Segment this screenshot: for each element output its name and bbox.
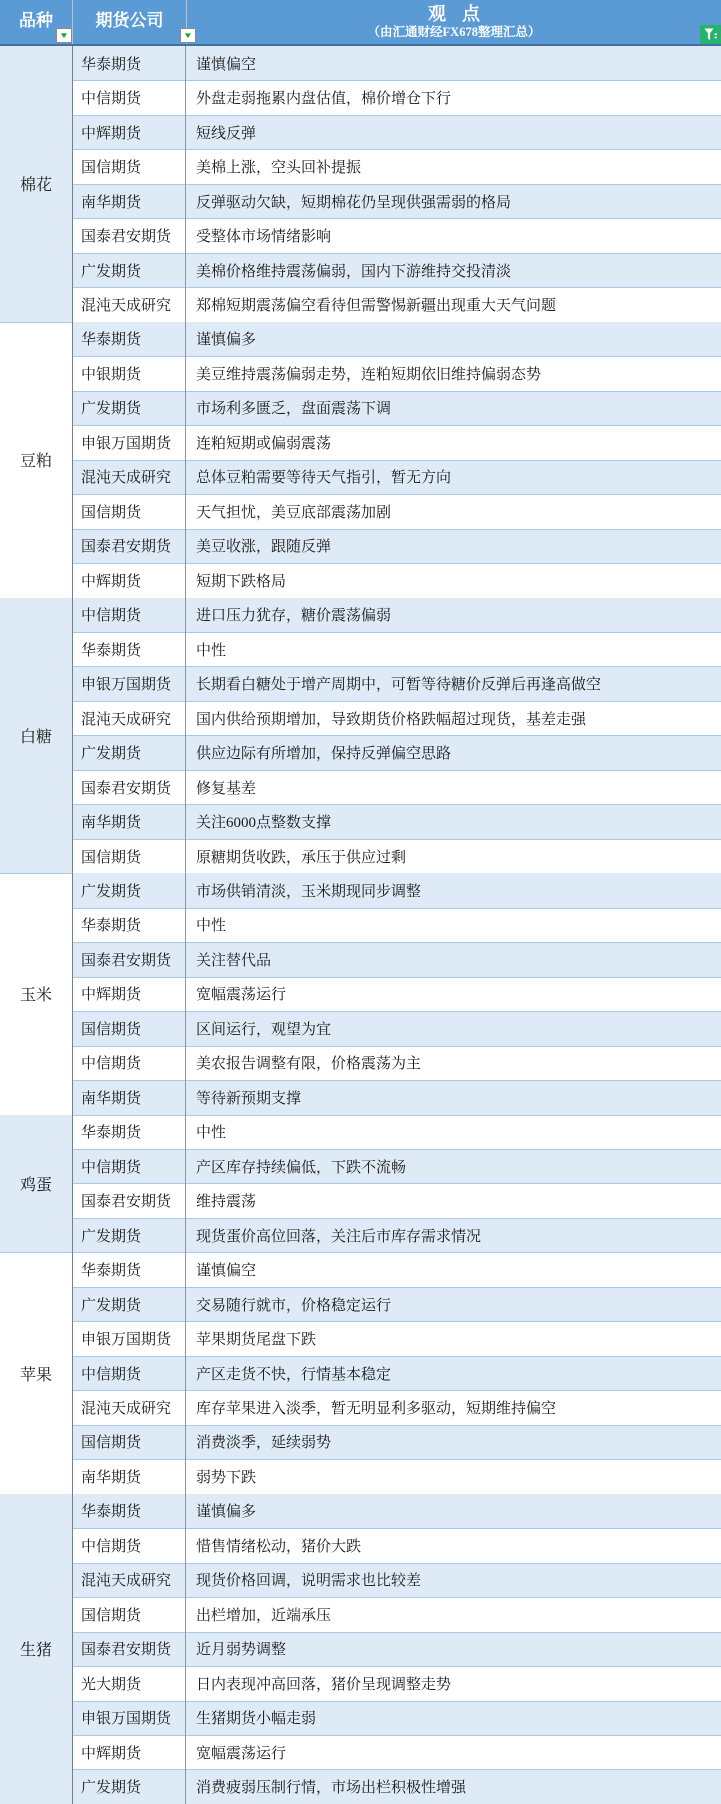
table-row: 广发期货供应边际有所增加，保持反弹偏空思路 <box>73 735 721 769</box>
variety-group: 鸡蛋华泰期货中性中信期货产区库存持续偏低，下跌不流畅国泰君安期货维持震荡广发期货… <box>0 1115 721 1253</box>
table-row: 申银万国期货苹果期货尾盘下跌 <box>73 1321 721 1355</box>
table-row: 国泰君安期货维持震荡 <box>73 1183 721 1217</box>
company-cell: 混沌天成研究 <box>73 1563 186 1597</box>
company-cell: 国泰君安期货 <box>73 218 186 252</box>
view-cell: 市场利多匮乏，盘面震荡下调 <box>186 391 721 425</box>
view-cell: 美棉上涨，空头回补提振 <box>186 149 721 183</box>
company-cell: 广发期货 <box>73 873 186 907</box>
view-cell: 关注替代品 <box>186 942 721 976</box>
view-cell: 交易随行就市，价格稳定运行 <box>186 1287 721 1321</box>
table-row: 混沌天成研究总体豆粕需要等待天气指引，暂无方向 <box>73 460 721 494</box>
variety-cell: 鸡蛋 <box>0 1115 73 1253</box>
table-header: 品种 ▼ 期货公司 ▼ 观点 （由汇通财经FX678整理汇总） <box>0 0 721 46</box>
view-cell: 谨慎偏空 <box>186 46 721 80</box>
company-cell: 中辉期货 <box>73 1735 186 1769</box>
variety-cell: 棉花 <box>0 46 73 322</box>
view-cell: 短线反弹 <box>186 115 721 149</box>
view-cell: 库存苹果进入淡季，暂无明显利多驱动，短期维持偏空 <box>186 1390 721 1424</box>
company-cell: 华泰期货 <box>73 322 186 356</box>
table-row: 国信期货美棉上涨，空头回补提振 <box>73 149 721 183</box>
company-cell: 申银万国期货 <box>73 1321 186 1355</box>
view-cell: 等待新预期支撑 <box>186 1080 721 1114</box>
table-row: 华泰期货中性 <box>73 908 721 942</box>
view-cell: 市场供销清淡，玉米期现同步调整 <box>186 873 721 907</box>
chevron-down-icon: ▼ <box>59 32 69 40</box>
view-cell: 关注6000点整数支撑 <box>186 804 721 838</box>
view-cell: 中性 <box>186 632 721 666</box>
variety-group: 棉花华泰期货谨慎偏空中信期货外盘走弱拖累内盘估值，棉价增仓下行中辉期货短线反弹国… <box>0 46 721 322</box>
view-column-subtitle: （由汇通财经FX678整理汇总） <box>368 25 541 39</box>
view-cell: 短期下跌格局 <box>186 563 721 597</box>
company-cell: 混沌天成研究 <box>73 701 186 735</box>
view-cell: 近月弱势调整 <box>186 1632 721 1666</box>
company-cell: 中信期货 <box>73 598 186 632</box>
table-row: 华泰期货谨慎偏空 <box>73 1252 721 1286</box>
table-row: 南华期货弱势下跌 <box>73 1459 721 1493</box>
variety-cell: 苹果 <box>0 1252 73 1493</box>
view-cell: 中性 <box>186 908 721 942</box>
table-row: 国信期货出栏增加，近端承压 <box>73 1597 721 1631</box>
view-cell: 受整体市场情绪影响 <box>186 218 721 252</box>
table-row: 中信期货进口压力犹存，糖价震荡偏弱 <box>73 598 721 632</box>
table-row: 申银万国期货生猪期货小幅走弱 <box>73 1701 721 1735</box>
table-row: 中银期货美豆维持震荡偏弱走势，连粕短期依旧维持偏弱态势 <box>73 356 721 390</box>
table-row: 中信期货惜售情绪松动，猪价大跌 <box>73 1528 721 1562</box>
variety-group: 玉米广发期货市场供销清淡，玉米期现同步调整华泰期货中性国泰君安期货关注替代品中辉… <box>0 873 721 1114</box>
futures-opinion-table: 品种 ▼ 期货公司 ▼ 观点 （由汇通财经FX678整理汇总） 棉花华泰期货谨慎… <box>0 0 721 1804</box>
group-rows: 华泰期货中性中信期货产区库存持续偏低，下跌不流畅国泰君安期货维持震荡广发期货现货… <box>73 1115 721 1253</box>
table-row: 混沌天成研究现货价格回调，说明需求也比较差 <box>73 1563 721 1597</box>
variety-filter-dropdown[interactable]: ▼ <box>56 28 72 43</box>
view-cell: 产区走货不快，行情基本稳定 <box>186 1356 721 1390</box>
table-row: 华泰期货谨慎偏多 <box>73 322 721 356</box>
view-cell: 消费淡季，延续弱势 <box>186 1425 721 1459</box>
table-row: 广发期货交易随行就市，价格稳定运行 <box>73 1287 721 1321</box>
table-row: 南华期货等待新预期支撑 <box>73 1080 721 1114</box>
view-cell: 美农报告调整有限，价格震荡为主 <box>186 1046 721 1080</box>
company-cell: 国泰君安期货 <box>73 942 186 976</box>
view-cell: 现货蛋价高位回落，关注后市库存需求情况 <box>186 1218 721 1252</box>
company-cell: 国信期货 <box>73 1425 186 1459</box>
view-cell: 连粕短期或偏弱震荡 <box>186 425 721 459</box>
variety-cell: 白糖 <box>0 598 73 874</box>
company-cell: 广发期货 <box>73 1287 186 1321</box>
company-cell: 混沌天成研究 <box>73 1390 186 1424</box>
company-cell: 中银期货 <box>73 356 186 390</box>
company-cell: 华泰期货 <box>73 1115 186 1149</box>
table-row: 混沌天成研究国内供给预期增加，导致期货价格跌幅超过现货，基差走强 <box>73 701 721 735</box>
table-row: 中信期货产区库存持续偏低，下跌不流畅 <box>73 1149 721 1183</box>
company-cell: 中信期货 <box>73 1149 186 1183</box>
view-cell: 美棉价格维持震荡偏弱，国内下游维持交投清淡 <box>186 253 721 287</box>
funnel-filter-icon <box>704 28 717 41</box>
company-cell: 国信期货 <box>73 1597 186 1631</box>
filter-button[interactable] <box>700 25 721 44</box>
company-cell: 申银万国期货 <box>73 1701 186 1735</box>
company-cell: 申银万国期货 <box>73 666 186 700</box>
table-row: 南华期货反弹驱动欠缺，短期棉花仍呈现供强需弱的格局 <box>73 184 721 218</box>
company-cell: 广发期货 <box>73 735 186 769</box>
view-cell: 消费疲弱压制行情，市场出栏积极性增强 <box>186 1769 721 1803</box>
group-rows: 华泰期货谨慎偏空广发期货交易随行就市，价格稳定运行申银万国期货苹果期货尾盘下跌中… <box>73 1252 721 1493</box>
table-row: 广发期货消费疲弱压制行情，市场出栏积极性增强 <box>73 1769 721 1803</box>
table-row: 中信期货外盘走弱拖累内盘估值，棉价增仓下行 <box>73 80 721 114</box>
table-row: 中信期货产区走货不快，行情基本稳定 <box>73 1356 721 1390</box>
table-row: 中辉期货短期下跌格局 <box>73 563 721 597</box>
view-cell: 谨慎偏空 <box>186 1252 721 1286</box>
view-cell: 出栏增加，近端承压 <box>186 1597 721 1631</box>
table-row: 华泰期货中性 <box>73 1115 721 1149</box>
view-cell: 外盘走弱拖累内盘估值，棉价增仓下行 <box>186 80 721 114</box>
table-row: 广发期货市场利多匮乏，盘面震荡下调 <box>73 391 721 425</box>
view-cell: 维持震荡 <box>186 1183 721 1217</box>
table-row: 中辉期货短线反弹 <box>73 115 721 149</box>
view-cell: 反弹驱动欠缺，短期棉花仍呈现供强需弱的格局 <box>186 184 721 218</box>
view-cell: 美豆维持震荡偏弱走势，连粕短期依旧维持偏弱态势 <box>186 356 721 390</box>
table-row: 国泰君安期货修复基差 <box>73 770 721 804</box>
company-column-label: 期货公司 <box>96 6 164 39</box>
company-cell: 国信期货 <box>73 1011 186 1045</box>
company-cell: 广发期货 <box>73 1769 186 1803</box>
table-row: 中信期货美农报告调整有限，价格震荡为主 <box>73 1046 721 1080</box>
table-row: 光大期货日内表现冲高回落，猪价呈现调整走势 <box>73 1666 721 1700</box>
view-cell: 宽幅震荡运行 <box>186 977 721 1011</box>
header-cell-company: 期货公司 ▼ <box>73 0 187 44</box>
table-row: 国泰君安期货关注替代品 <box>73 942 721 976</box>
table-row: 南华期货关注6000点整数支撑 <box>73 804 721 838</box>
company-cell: 华泰期货 <box>73 1494 186 1528</box>
variety-cell: 玉米 <box>0 873 73 1114</box>
company-cell: 国泰君安期货 <box>73 529 186 563</box>
view-cell: 惜售情绪松动，猪价大跌 <box>186 1528 721 1562</box>
company-cell: 申银万国期货 <box>73 425 186 459</box>
view-column-title: 观点 <box>412 4 496 25</box>
table-row: 华泰期货谨慎偏多 <box>73 1494 721 1528</box>
company-cell: 中辉期货 <box>73 977 186 1011</box>
view-cell: 国内供给预期增加，导致期货价格跌幅超过现货，基差走强 <box>186 701 721 735</box>
variety-cell: 豆粕 <box>0 322 73 598</box>
company-cell: 华泰期货 <box>73 46 186 80</box>
view-cell: 供应边际有所增加，保持反弹偏空思路 <box>186 735 721 769</box>
table-row: 混沌天成研究郑棉短期震荡偏空看待但需警惕新疆出现重大天气问题 <box>73 287 721 321</box>
table-row: 华泰期货中性 <box>73 632 721 666</box>
view-cell: 原糖期货收跌，承压于供应过剩 <box>186 839 721 873</box>
company-cell: 南华期货 <box>73 184 186 218</box>
company-cell: 国泰君安期货 <box>73 1632 186 1666</box>
group-rows: 华泰期货谨慎偏多中信期货惜售情绪松动，猪价大跌混沌天成研究现货价格回调，说明需求… <box>73 1494 721 1804</box>
view-cell: 苹果期货尾盘下跌 <box>186 1321 721 1355</box>
company-cell: 中信期货 <box>73 1046 186 1080</box>
table-row: 申银万国期货连粕短期或偏弱震荡 <box>73 425 721 459</box>
table-row: 国信期货消费淡季，延续弱势 <box>73 1425 721 1459</box>
view-cell: 美豆收涨，跟随反弹 <box>186 529 721 563</box>
company-cell: 华泰期货 <box>73 908 186 942</box>
view-cell: 修复基差 <box>186 770 721 804</box>
view-cell: 中性 <box>186 1115 721 1149</box>
group-rows: 中信期货进口压力犹存，糖价震荡偏弱华泰期货中性申银万国期货长期看白糖处于增产周期… <box>73 598 721 874</box>
table-row: 广发期货美棉价格维持震荡偏弱，国内下游维持交投清淡 <box>73 253 721 287</box>
table-row: 国信期货区间运行，观望为宜 <box>73 1011 721 1045</box>
table-row: 国信期货原糖期货收跌，承压于供应过剩 <box>73 839 721 873</box>
company-cell: 南华期货 <box>73 1459 186 1493</box>
variety-group: 苹果华泰期货谨慎偏空广发期货交易随行就市，价格稳定运行申银万国期货苹果期货尾盘下… <box>0 1252 721 1493</box>
view-cell: 产区库存持续偏低，下跌不流畅 <box>186 1149 721 1183</box>
table-row: 广发期货现货蛋价高位回落，关注后市库存需求情况 <box>73 1218 721 1252</box>
company-cell: 中信期货 <box>73 80 186 114</box>
header-cell-view: 观点 （由汇通财经FX678整理汇总） <box>187 0 721 44</box>
view-cell: 郑棉短期震荡偏空看待但需警惕新疆出现重大天气问题 <box>186 287 721 321</box>
company-cell: 中信期货 <box>73 1356 186 1390</box>
view-cell: 宽幅震荡运行 <box>186 1735 721 1769</box>
view-cell: 总体豆粕需要等待天气指引，暂无方向 <box>186 460 721 494</box>
company-cell: 国泰君安期货 <box>73 770 186 804</box>
company-filter-dropdown[interactable]: ▼ <box>180 28 196 43</box>
table-row: 申银万国期货长期看白糖处于增产周期中，可暂等待糖价反弹后再逢高做空 <box>73 666 721 700</box>
company-cell: 南华期货 <box>73 1080 186 1114</box>
view-cell: 日内表现冲高回落，猪价呈现调整走势 <box>186 1666 721 1700</box>
company-cell: 南华期货 <box>73 804 186 838</box>
chevron-down-icon: ▼ <box>183 32 193 40</box>
company-cell: 国泰君安期货 <box>73 1183 186 1217</box>
company-cell: 混沌天成研究 <box>73 287 186 321</box>
variety-column-label: 品种 <box>19 6 53 39</box>
table-row: 国泰君安期货受整体市场情绪影响 <box>73 218 721 252</box>
view-cell: 天气担忧，美豆底部震荡加剧 <box>186 494 721 528</box>
company-cell: 中辉期货 <box>73 563 186 597</box>
company-cell: 广发期货 <box>73 1218 186 1252</box>
group-rows: 广发期货市场供销清淡，玉米期现同步调整华泰期货中性国泰君安期货关注替代品中辉期货… <box>73 873 721 1114</box>
company-cell: 华泰期货 <box>73 632 186 666</box>
company-cell: 广发期货 <box>73 391 186 425</box>
company-cell: 国信期货 <box>73 149 186 183</box>
group-rows: 华泰期货谨慎偏空中信期货外盘走弱拖累内盘估值，棉价增仓下行中辉期货短线反弹国信期… <box>73 46 721 322</box>
company-cell: 华泰期货 <box>73 1252 186 1286</box>
header-cell-variety: 品种 ▼ <box>0 0 73 44</box>
view-cell: 现货价格回调，说明需求也比较差 <box>186 1563 721 1597</box>
view-cell: 进口压力犹存，糖价震荡偏弱 <box>186 598 721 632</box>
company-cell: 广发期货 <box>73 253 186 287</box>
table-row: 混沌天成研究库存苹果进入淡季，暂无明显利多驱动，短期维持偏空 <box>73 1390 721 1424</box>
variety-group: 白糖中信期货进口压力犹存，糖价震荡偏弱华泰期货中性申银万国期货长期看白糖处于增产… <box>0 598 721 874</box>
company-cell: 国信期货 <box>73 839 186 873</box>
view-cell: 区间运行，观望为宜 <box>186 1011 721 1045</box>
table-row: 中辉期货宽幅震荡运行 <box>73 977 721 1011</box>
table-row: 国泰君安期货美豆收涨，跟随反弹 <box>73 529 721 563</box>
view-cell: 谨慎偏多 <box>186 322 721 356</box>
company-cell: 国信期货 <box>73 494 186 528</box>
table-row: 华泰期货谨慎偏空 <box>73 46 721 80</box>
table-body: 棉花华泰期货谨慎偏空中信期货外盘走弱拖累内盘估值，棉价增仓下行中辉期货短线反弹国… <box>0 46 721 1804</box>
company-cell: 光大期货 <box>73 1666 186 1700</box>
view-cell: 弱势下跌 <box>186 1459 721 1493</box>
group-rows: 华泰期货谨慎偏多中银期货美豆维持震荡偏弱走势，连粕短期依旧维持偏弱态势广发期货市… <box>73 322 721 598</box>
view-cell: 长期看白糖处于增产周期中，可暂等待糖价反弹后再逢高做空 <box>186 666 721 700</box>
company-cell: 中辉期货 <box>73 115 186 149</box>
company-cell: 混沌天成研究 <box>73 460 186 494</box>
variety-group: 生猪华泰期货谨慎偏多中信期货惜售情绪松动，猪价大跌混沌天成研究现货价格回调，说明… <box>0 1494 721 1804</box>
variety-group: 豆粕华泰期货谨慎偏多中银期货美豆维持震荡偏弱走势，连粕短期依旧维持偏弱态势广发期… <box>0 322 721 598</box>
table-row: 国信期货天气担忧，美豆底部震荡加剧 <box>73 494 721 528</box>
table-row: 广发期货市场供销清淡，玉米期现同步调整 <box>73 873 721 907</box>
table-row: 中辉期货宽幅震荡运行 <box>73 1735 721 1769</box>
view-cell: 谨慎偏多 <box>186 1494 721 1528</box>
variety-cell: 生猪 <box>0 1494 73 1804</box>
view-cell: 生猪期货小幅走弱 <box>186 1701 721 1735</box>
table-row: 国泰君安期货近月弱势调整 <box>73 1632 721 1666</box>
company-cell: 中信期货 <box>73 1528 186 1562</box>
